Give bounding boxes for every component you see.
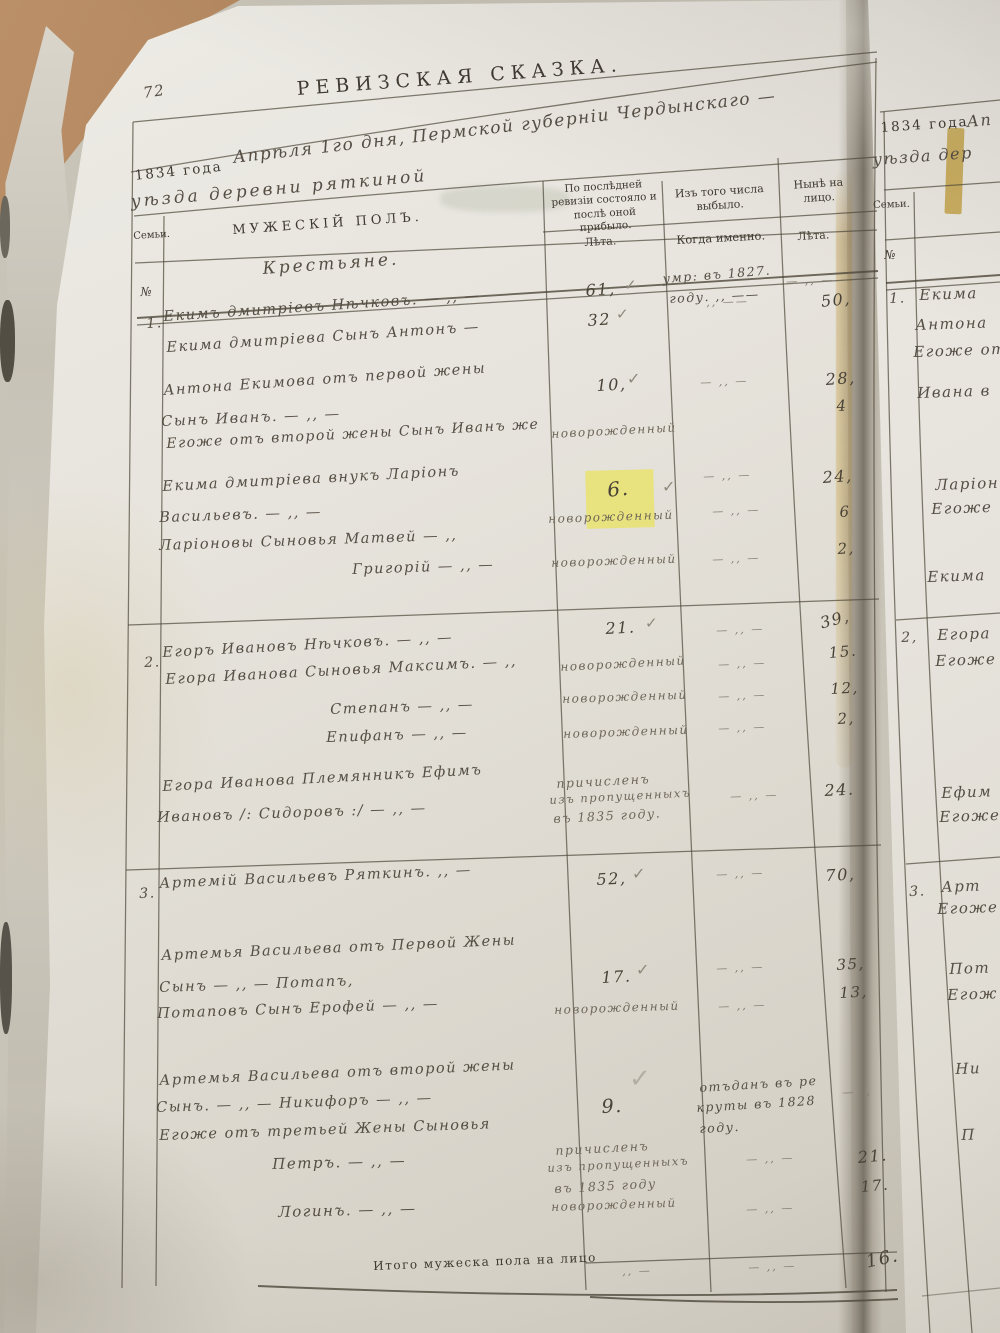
family-number: 3. (909, 883, 926, 900)
ditto-mark: — ,, — (786, 273, 834, 288)
ditto-mark: — ,, — (716, 866, 764, 881)
checkmark-icon: ✓ (636, 960, 649, 979)
entry-age-now: 24, (822, 466, 853, 487)
entry-age-now: 12, (830, 679, 859, 698)
entry-name: Петръ. — ,, — (272, 1151, 406, 1172)
checkmark-icon: ✓ (632, 864, 645, 883)
checkmark-icon: ✓ (616, 305, 629, 323)
entry-age-now: 13, (839, 983, 868, 1002)
entry-age-prev: 17. (601, 966, 632, 987)
ditto-mark: — ,, — (712, 551, 760, 566)
family-number: 1. (889, 290, 906, 307)
ditto-mark: — ,, — (748, 1259, 796, 1274)
right-col-header-family: Семьи. (873, 199, 910, 211)
entry-age-now: 21. (857, 1145, 888, 1167)
ditto-mark: ,, — (622, 1264, 652, 1278)
entry-name-fragment: Егоже (939, 806, 1000, 826)
ditto-mark: ,, —— (706, 295, 749, 309)
entry-age-now: 6 (839, 502, 851, 521)
entry-name-fragment: Екима (927, 566, 986, 586)
entry-name-fragment: Егоже (937, 898, 999, 918)
entry-name-fragment: Егож (947, 984, 998, 1004)
entry-age-now: 4 (836, 396, 848, 415)
col-header-now: Нынѣ на лицо. (787, 175, 851, 207)
family-number: 3. (139, 885, 156, 902)
ditto-mark: — ,, (842, 1085, 872, 1099)
entry-departure-note: году. (699, 1119, 740, 1136)
family-number: 2. (144, 654, 161, 671)
col-header-prev-revision: По послѣдней ревизіи состояло и послѣ он… (548, 177, 661, 237)
entry-name-fragment: Екима (919, 284, 978, 304)
checkmark-icon: ✓ (662, 477, 675, 496)
checkmark-icon: ✓ (624, 276, 637, 294)
entry-name: Логинъ. — ,, — (278, 1199, 417, 1221)
entry-age-now: 50, (820, 289, 852, 311)
entry-name-fragment: Ни (955, 1059, 981, 1078)
ditto-mark: — ,, — (703, 468, 751, 483)
entry-name-fragment: Егоже (931, 498, 993, 518)
right-page-date-handwritten: Ап (966, 110, 993, 131)
ditto-mark: — ,, — (716, 622, 764, 637)
col-header-family: Семьи. (133, 229, 170, 242)
entry-age-prev: 10, (596, 374, 627, 395)
entry-age-prev: 9. (601, 1095, 623, 1118)
ditto-mark: — ,, — (746, 1151, 794, 1166)
page-number: 72 (142, 81, 166, 102)
photo-of-revision-list: 72 РЕВИЗСКАЯ СКАЗКА. 1834 года Апрѣля 1г… (0, 0, 1000, 1333)
entry-name-fragment: Ларіон (935, 474, 999, 494)
entry-age-prev: 32 (587, 309, 612, 330)
entry-name-fragment: Арт (941, 877, 981, 896)
entry-name-fragment: Пот (949, 959, 990, 978)
checkmark-icon: ✓ (629, 1064, 651, 1094)
entry-name-fragment: Антона (915, 313, 988, 334)
ditto-mark: — ,, — (718, 720, 766, 735)
entry-age-now: 70, (825, 864, 856, 885)
col-header-prev-sub-years: Лѣта. (584, 234, 617, 249)
ditto-mark: — ,, — (712, 503, 760, 518)
ditto-mark: — ,, — (700, 374, 748, 389)
entry-name-fragment: Ефим (941, 782, 992, 802)
entry-name-fragment: Егора (937, 624, 991, 644)
right-col-header-no: № (884, 248, 896, 262)
ditto-mark: — ,, — (718, 688, 766, 703)
entry-name-fragment: П (961, 1125, 976, 1143)
checkmark-icon: ✓ (645, 614, 658, 632)
entry-age-now: 28, (825, 368, 856, 389)
entry-name-fragment: Егоже (935, 650, 997, 670)
entry-age-now: 35, (836, 955, 865, 974)
entry-age-now: 17. (860, 1176, 890, 1196)
entry-name-fragment: Ивана в (917, 381, 991, 402)
entry-age-prev: 61, (585, 279, 616, 300)
col-header-no: № (140, 284, 152, 299)
family-number: 2, (901, 629, 918, 646)
entry-age-prev: 52, (596, 868, 627, 889)
ditto-mark: — ,, — (746, 1201, 794, 1216)
entry-age-now: 15. (828, 642, 858, 662)
ditto-mark: — ,, — (716, 960, 764, 975)
ditto-mark: — ,, — (718, 998, 766, 1013)
entry-age-prev: 21. (605, 617, 636, 638)
ditto-mark: — ,, — (718, 656, 766, 671)
col-header-now-sub-years: Лѣта. (797, 228, 830, 243)
entry-age-now: 2, (837, 709, 855, 728)
ditto-mark: — ,, — (730, 788, 778, 803)
entry-name-fragment: Егоже от (913, 340, 1000, 361)
entry-age-now: 2, (837, 539, 855, 558)
entry-age-now: 24. (824, 779, 855, 800)
checkmark-icon: ✓ (627, 369, 640, 388)
family-number: 1. (146, 315, 163, 332)
entry-age-prev-highlighted: 6. (606, 476, 630, 502)
